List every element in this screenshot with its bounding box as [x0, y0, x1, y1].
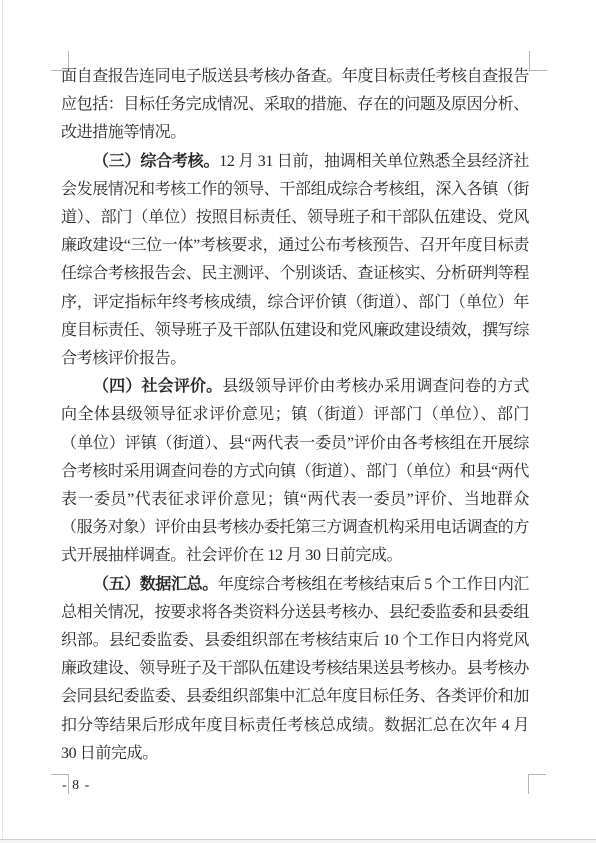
page-left-edge: [2, 0, 3, 843]
paragraph-lead: （三）综合考核。: [93, 153, 219, 170]
paragraph-body: 面自查报告连同电子版送县考核办备查。年度目标责任考核自查报告应包括：目标任务完成…: [61, 68, 529, 141]
paragraph-body: 年度综合考核组在考核结束后 5 个工作日内汇总相关情况，按要求将各类资料分送县考…: [61, 576, 529, 762]
paragraph: （四）社会评价。县级领导评价由考核办采用调查问卷的方式向全体县级领导征求评价意见…: [61, 373, 529, 570]
paragraph: 面自查报告连同电子版送县考核办备查。年度目标责任考核自查报告应包括：目标任务完成…: [61, 63, 529, 148]
paragraph-lead: （五）数据汇总。: [93, 576, 218, 593]
document-text: 面自查报告连同电子版送县考核办备查。年度目标责任考核自查报告应包括：目标任务完成…: [61, 63, 529, 768]
page-number: - 8 -: [62, 776, 90, 795]
paragraph-body: 县级领导评价由考核办采用调查问卷的方式向全体县级领导征求评价意见；镇（街道）评部…: [61, 378, 529, 564]
document-page: { "page": { "background": "#ffffff", "te…: [0, 0, 596, 843]
paragraph: （五）数据汇总。年度综合考核组在考核结束后 5 个工作日内汇总相关情况，按要求将…: [61, 571, 529, 768]
paragraph-lead: （四）社会评价。: [93, 378, 222, 395]
crop-mark-top-right: [529, 51, 547, 71]
paragraph: （三）综合考核。12 月 31 日前，抽调相关单位熟悉全县经济社会发展情况和考核…: [61, 148, 529, 374]
crop-mark-bottom-right: [528, 774, 546, 794]
paragraph-body: 12 月 31 日前，抽调相关单位熟悉全县经济社会发展情况和考核工作的领导、干部…: [61, 153, 529, 367]
